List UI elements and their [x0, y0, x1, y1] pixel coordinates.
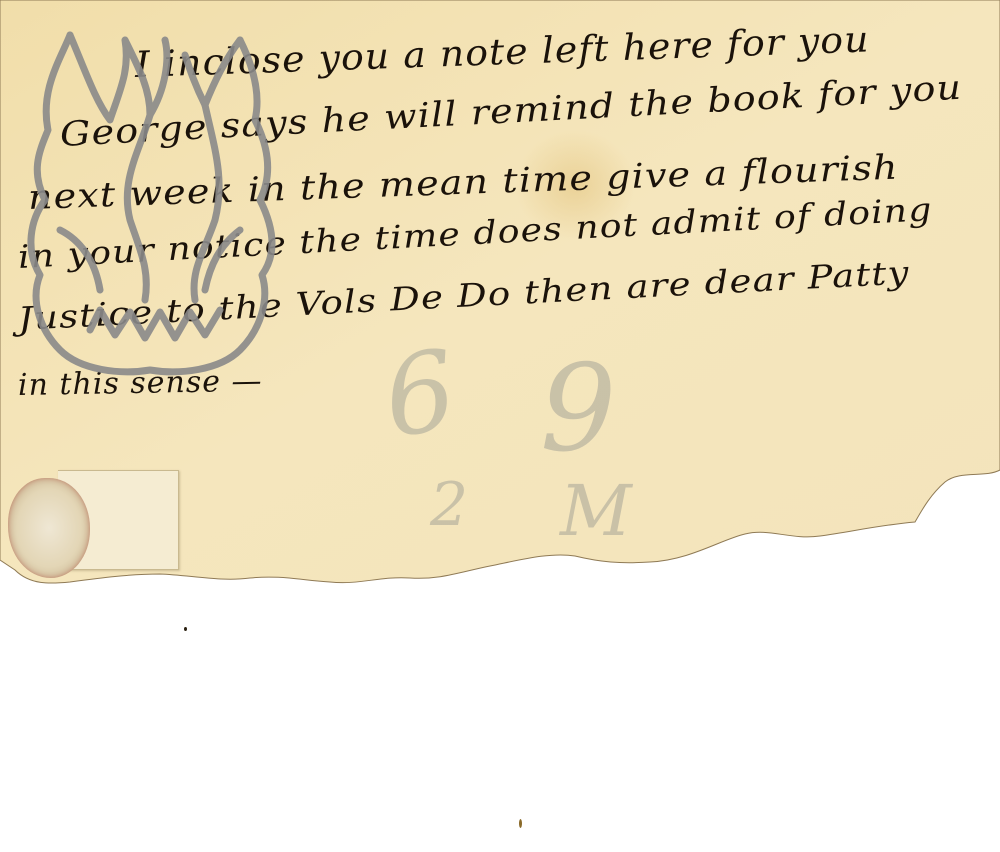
flame-stamp-icon [0, 0, 300, 390]
wax-seal [8, 478, 90, 578]
ink-speck [184, 627, 187, 631]
pencil-mark: 9 [540, 340, 616, 479]
pencil-mark: 2 [430, 470, 468, 540]
ink-speck [519, 819, 522, 828]
pencil-mark: M [560, 470, 632, 552]
letter-page: 6 9 2 M I inclose you a note left here f… [0, 0, 1000, 852]
